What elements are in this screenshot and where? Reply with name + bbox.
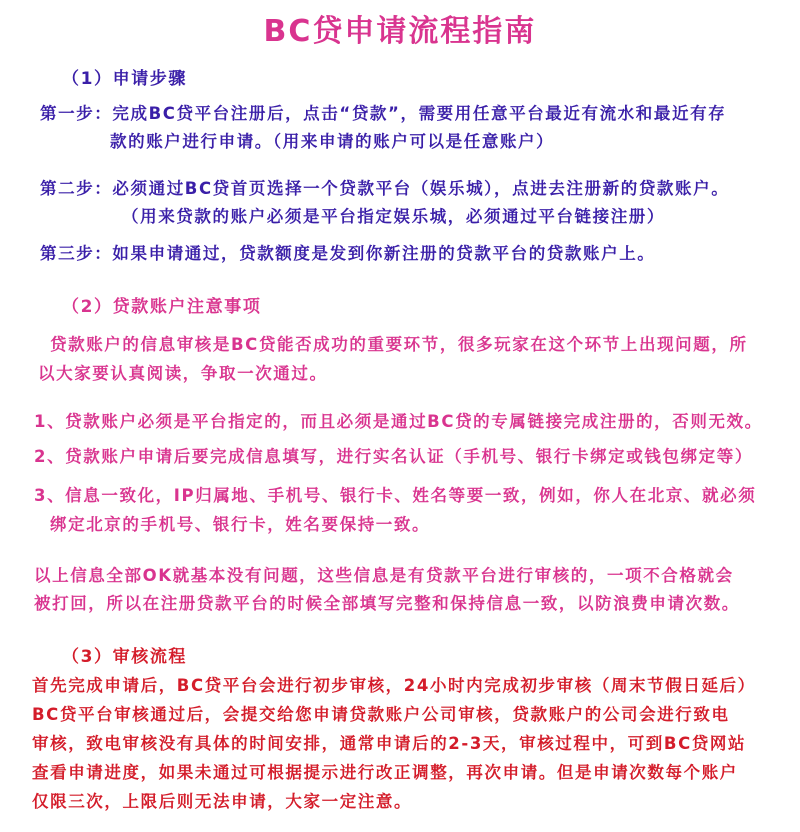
intro-line-1: 贷款账户的信息审核是BC贷能否成功的重要环节，很多玩家在这个环节上出现问题，所 — [50, 331, 748, 355]
note-item-1: 1、贷款账户必须是平台指定的，而且必须是通过BC贷的专属链接完成注册的，否则无效… — [34, 408, 763, 432]
note-item-3-line-2: 绑定北京的手机号、银行卡，姓名要保持一致。 — [50, 511, 430, 535]
note-item-3-line-1: 3、信息一致化，IP归属地、手机号、银行卡、姓名等要一致，例如，你人在北京、就必… — [34, 482, 756, 506]
page-title: BC贷申请流程指南 — [0, 6, 800, 50]
step-2-line-2: （用来贷款的账户必须是平台指定娱乐城，必须通过平台链接注册） — [122, 203, 665, 227]
section-heading: （2）贷款账户注意事项 — [62, 292, 261, 317]
summary-line-1: 以上信息全部OK就基本没有问题，这些信息是有贷款平台进行审核的，一项不合格就会 — [34, 562, 734, 586]
section-heading: （3）审核流程 — [62, 642, 187, 667]
section-heading: （1）申请步骤 — [62, 64, 187, 89]
step-1-line-2: 款的账户进行申请。（用来申请的账户可以是任意账户） — [110, 128, 554, 152]
review-line-5: 仅限三次，上限后则无法申请，大家一定注意。 — [32, 788, 412, 812]
step-3-line: 第三步：如果申请通过，贷款额度是发到你新注册的贷款平台的贷款账户上。 — [40, 240, 655, 264]
intro-line-2: 以大家要认真阅读，争取一次通过。 — [38, 360, 328, 384]
summary-line-2: 被打回，所以在注册贷款平台的时候全部填写完整和保持信息一致，以防浪费申请次数。 — [34, 590, 740, 614]
review-line-2: BC贷平台审核通过后，会提交给您申请贷款账户公司审核，贷款账户的公司会进行致电 — [32, 701, 730, 725]
step-2-line-1: 第二步：必须通过BC贷首页选择一个贷款平台（娱乐城），点进去注册新的贷款账户。 — [40, 175, 729, 199]
review-line-3: 审核，致电审核没有具体的时间安排，通常申请后的2-3天，审核过程中，可到BC贷网… — [32, 730, 746, 754]
review-line-1: 首先完成申请后，BC贷平台会进行初步审核，24小时内完成初步审核（周末节假日延后… — [32, 672, 756, 696]
review-line-4: 查看申请进度，如果未通过可根据提示进行改正调整，再次申请。但是申请次数每个账户 — [32, 759, 738, 783]
step-1-line-1: 第一步：完成BC贷平台注册后，点击“贷款”，需要用任意平台最近有流水和最近有存 — [40, 100, 726, 124]
note-item-2: 2、贷款账户申请后要完成信息填写，进行实名认证（手机号、银行卡绑定或钱包绑定等） — [34, 443, 753, 467]
